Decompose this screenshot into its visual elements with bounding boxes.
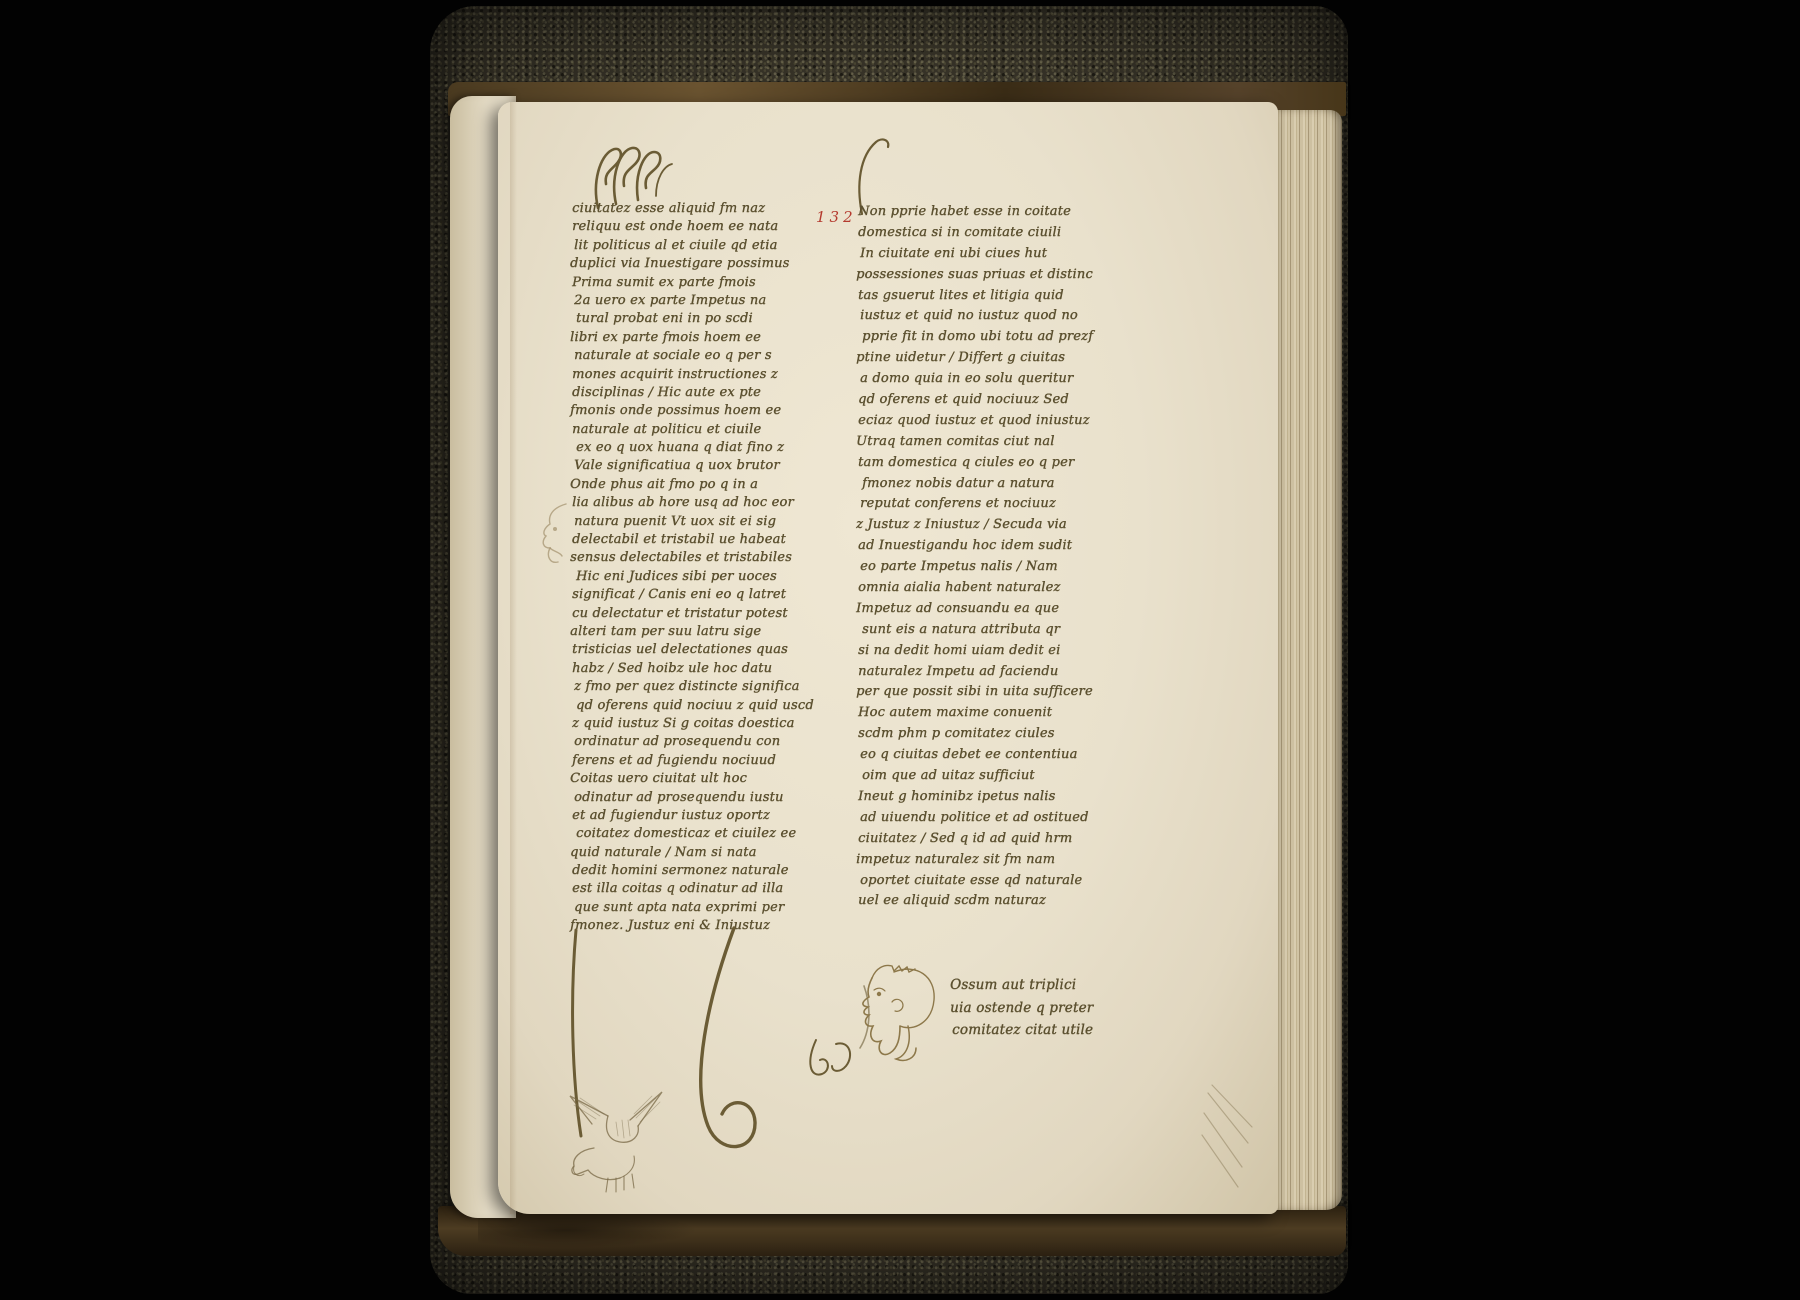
manuscript-text-line: uia ostende q preter (950, 997, 1093, 1020)
manuscript-text-line: eo q ciuitas debet ee contentiua (860, 745, 1126, 766)
manuscript-text-line: ptine uidetur / Differt g ciuitas (856, 348, 1122, 369)
grotesque-face-doodle (848, 960, 942, 1078)
manuscript-text-line: z Justuz z Iniustuz / Secuda via (856, 515, 1122, 536)
manuscript-text-line: oportet ciuitate esse qd naturale (860, 871, 1126, 892)
manuscript-text-line: Utraq tamen comitas ciut nal (856, 432, 1122, 453)
manuscript-text-line: ciuitatez esse aliquid fm naz (572, 200, 838, 218)
manuscript-text-line: mones acquirit instructiones z (572, 366, 838, 384)
manuscript-text-line: si na dedit homi uiam dedit ei (858, 641, 1124, 662)
manuscript-text-line: In ciuitate eni ubi ciues hut (860, 244, 1126, 265)
manuscript-text-line: sensus delectabiles et tristabiles (570, 549, 836, 567)
manuscript-text-line: tural probat eni in po scdi (576, 310, 842, 328)
manuscript-text-line: naturale at politicu et ciuile (572, 421, 838, 439)
manuscript-text-line: Coitas uero ciuitat ult hoc (570, 770, 836, 788)
manuscript-text-line: disciplinas / Hic aute ex pte (572, 384, 838, 402)
animal-sketch-doodle (562, 1086, 710, 1198)
manuscript-text-line: naturalez Impetu ad faciendu (858, 662, 1124, 683)
manuscript-text-line: est illa coitas q odinatur ad illa (572, 880, 838, 898)
manuscript-text-line: duplici via Inuestigare possimus (570, 255, 836, 273)
manuscript-text-line: ferens et ad fugiendu nociuud (572, 752, 838, 770)
manuscript-text-line: quid naturale / Nam si nata (570, 844, 836, 862)
manuscript-text-line: ordinatur ad prosequendu con (574, 733, 840, 751)
manuscript-page: 132 ciuitatez esse aliquid fm nazreliquu… (498, 102, 1278, 1214)
manuscript-text-line: z quid iustuz Si g coitas doestica (572, 715, 838, 733)
manuscript-text-line: odinatur ad prosequendu iustu (574, 789, 840, 807)
manuscript-text-line: tam domestica q ciules eo q per (858, 453, 1124, 474)
manuscript-text-line: oim que ad uitaz sufficiut (862, 766, 1128, 787)
manuscript-text-line: tristicias uel delectationes quas (572, 641, 838, 659)
manuscript-text-line: dedit homini sermonez naturale (572, 862, 838, 880)
manuscript-text-line: reliquu est onde hoem ee nata (572, 218, 838, 236)
manuscript-text-line: uel ee aliquid scdm naturaz (858, 891, 1124, 912)
manuscript-text-line: fmonis onde possimus hoem ee (570, 402, 836, 420)
manuscript-text-line: que sunt apta nata exprimi per (574, 899, 840, 917)
manuscript-text-line: Ineut g hominibz ipetus nalis (858, 787, 1124, 808)
manuscript-text-line: 2a uero ex parte Impetus na (574, 292, 840, 310)
manuscript-text-line: habz / Sed hoibz ule hoc datu (572, 660, 838, 678)
manuscript-text-line: scdm phm p comitatez ciules (858, 724, 1124, 745)
manuscript-text-line: lia alibus ab hore usq ad hoc eor (572, 494, 838, 512)
manuscript-text-line: Non pprie habet esse in coitate (858, 202, 1124, 223)
manuscript-text-line: pprie fit in domo ubi totu ad prezf (862, 327, 1128, 348)
manuscript-text-line: alteri tam per suu latru sige (570, 623, 836, 641)
manuscript-text-line: ad uiuendu politice et ad ostitued (860, 808, 1126, 829)
manuscript-text-line: cu delectatur et tristatur potest (572, 605, 838, 623)
manuscript-text-line: z fmo per quez distincte significa (574, 678, 840, 696)
manuscript-text-line: naturale at sociale eo q per s (574, 347, 840, 365)
page-crease (510, 102, 517, 1214)
manuscript-text-line: Hoc autem maxime conuenit (858, 703, 1124, 724)
manuscript-text-line: comitatez citat utile (952, 1019, 1095, 1042)
manuscript-text-line: possessiones suas priuas et distinc (856, 265, 1122, 286)
manuscript-text-line: Hic eni Judices sibi per uoces (576, 568, 842, 586)
left-text-column: ciuitatez esse aliquid fm nazreliquu est… (572, 200, 838, 936)
manuscript-text-line: ex eo q uox huana q diat fino z (576, 439, 842, 457)
closing-paragraph: Ossum aut tripliciuia ostende q preterco… (950, 974, 1093, 1042)
manuscript-text-line: a domo quia in eo solu queritur (860, 369, 1126, 390)
manuscript-text-line: Onde phus ait fmo po q in a (570, 476, 836, 494)
manuscript-text-line: sunt eis a natura attributa qr (862, 620, 1128, 641)
manuscript-text-line: libri ex parte fmois hoem ee (570, 329, 836, 347)
manuscript-text-line: tas gsuerut lites et litigia quid (858, 286, 1124, 307)
manuscript-text-line: reputat conferens et nociuuz (860, 494, 1126, 515)
manuscript-text-line: domestica si in comitate ciuili (858, 223, 1124, 244)
manuscript-text-line: et ad fugiendur iustuz oportz (572, 807, 838, 825)
manuscript-text-line: fmonez nobis datur a natura (862, 474, 1128, 495)
margin-face-doodle (534, 500, 578, 580)
manuscript-text-line: lit politicus al et ciuile qd etia (574, 237, 840, 255)
manuscript-text-line: ciuitatez / Sed q id ad quid hrm (858, 829, 1124, 850)
manuscript-text-line: qd oferens et quid nociuuz Sed (858, 390, 1124, 411)
manuscript-text-line: eciaz quod iustuz et quod iniustuz (858, 411, 1124, 432)
manuscript-text-line: omnia aialia habent naturalez (858, 578, 1124, 599)
manuscript-text-line: eo parte Impetus nalis / Nam (860, 557, 1126, 578)
right-text-column: Non pprie habet esse in coitatedomestica… (858, 202, 1124, 912)
pen-trials-doodle (1198, 1083, 1258, 1195)
manuscript-text-line: per que possit sibi in uita sufficere (856, 682, 1122, 703)
manuscript-text-line: natura puenit Vt uox sit ei sig (574, 513, 840, 531)
manuscript-text-line: Prima sumit ex parte fmois (572, 274, 838, 292)
manuscript-text-line: coitatez domesticaz et ciuilez ee (576, 825, 842, 843)
manuscript-text-line: qd oferens quid nociuu z quid uscd (576, 697, 842, 715)
manuscript-text-line: iustuz et quid no iustuz quod no (860, 306, 1126, 327)
photo-background: 132 ciuitatez esse aliquid fm nazreliquu… (0, 0, 1800, 1300)
manuscript-text-line: delectabil et tristabil ue habeat (572, 531, 838, 549)
manuscript-text-line: Vale significatiua q uox brutor (574, 457, 840, 475)
manuscript-text-line: Ossum aut triplici (950, 974, 1093, 997)
manuscript-text-line: Impetuz ad consuandu ea que (856, 599, 1122, 620)
manuscript-text-line: impetuz naturalez sit fm nam (856, 850, 1122, 871)
manuscript-text-line: ad Inuestigandu hoc idem sudit (858, 536, 1124, 557)
manuscript-text-line: significat / Canis eni eo q latret (572, 586, 838, 604)
